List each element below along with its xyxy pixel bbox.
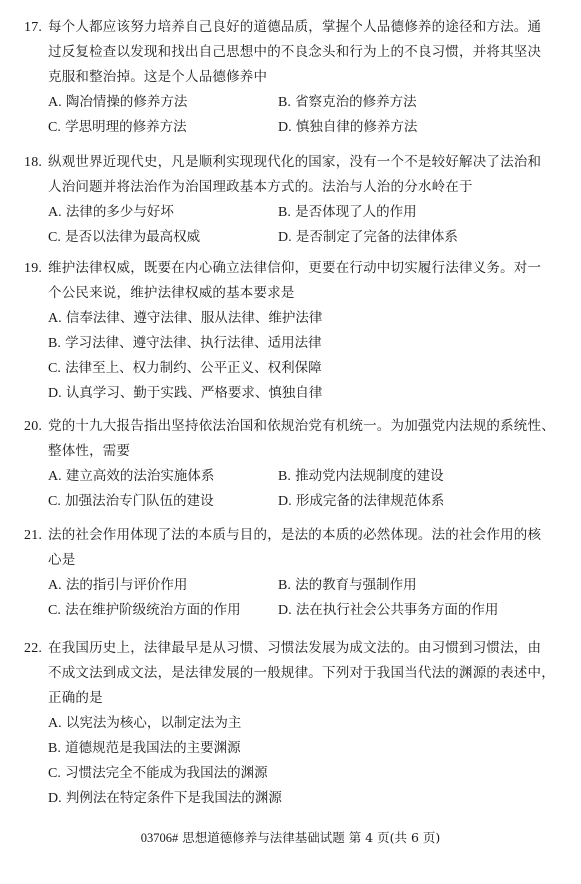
question-number: 18. [24,150,42,175]
question-stem-line: 维护法律权威，既要在内心确立法律信仰，更要在行动中切实履行法律义务。对一 [48,256,541,281]
options: A. 陶冶情操的修养方法 B. 省察克治的修养方法 C. 学思明理的修养方法 D… [48,90,554,140]
question-20: 20. 党的十九大报告指出坚持依法治国和依规治党有机统一。为加强党内法规的系统性… [24,414,554,514]
option-b: B. 学习法律、遵守法律、执行法律、适用法律 [48,331,322,356]
option-c: C. 习惯法完全不能成为我国法的渊源 [48,761,268,786]
question-stem-line: 人治问题并将法治作为治国理政基本方式的。法治与人治的分水岭在于 [24,175,554,200]
question-stem-line: 在我国历史上，法律最早是从习惯、习惯法发展为成文法的。由习惯到习惯法，由 [48,636,541,661]
exam-title: 思想道德修养与法律基础试题 [182,830,345,845]
options: A. 法的指引与评价作用 B. 法的教育与强制作用 C. 法在维护阶级统治方面的… [48,573,554,623]
option-d: D. 认真学习、勤于实践、严格要求、慎独自律 [48,381,322,406]
question-stem-line: 整体性，需要 [24,439,554,464]
question-stem-line: 党的十九大报告指出坚持依法治国和依规治党有机统一。为加强党内法规的系统性、 [48,414,555,439]
option-a: A. 法的指引与评价作用 [48,573,187,598]
option-d: D. 形成完备的法律规范体系 [278,489,444,514]
option-b: B. 推动党内法规制度的建设 [278,464,444,489]
options: A. 建立高效的法治实施体系 B. 推动党内法规制度的建设 C. 加强法治专门队… [48,464,554,514]
question-stem-line: 克服和整治掉。这是个人品德修养中 [24,65,554,90]
question-number: 19. [24,256,42,281]
option-a: A. 以宪法为核心，以制定法为主 [48,711,241,736]
option-b: B. 是否体现了人的作用 [278,200,417,225]
question-19: 19. 维护法律权威，既要在内心确立法律信仰，更要在行动中切实履行法律义务。对一… [24,256,554,406]
question-stem-line: 每个人都应该努力培养自己良好的道德品质，掌握个人品德修养的途径和方法。通 [48,15,541,40]
option-d: D. 法在执行社会公共事务方面的作用 [278,598,498,623]
page-number: 第 4 页(共 6 页) [349,830,441,845]
options: A. 法律的多少与好坏 B. 是否体现了人的作用 C. 是否以法律为最高权威 D… [48,200,554,250]
question-21: 21. 法的社会作用体现了法的本质与目的，是法的本质的必然体现。法的社会作用的核… [24,523,554,623]
option-c: C. 是否以法律为最高权威 [48,225,200,250]
option-c: C. 法在维护阶级统治方面的作用 [48,598,241,623]
question-stem-line: 个公民来说，维护法律权威的基本要求是 [24,281,554,306]
question-stem-line: 纵观世界近现代史，凡是顺利实现现代化的国家，没有一个不是较好解决了法治和 [48,150,541,175]
option-d: D. 是否制定了完备的法律体系 [278,225,458,250]
option-a: A. 信奉法律、遵守法律、服从法律、维护法律 [48,306,322,331]
question-18: 18. 纵观世界近现代史，凡是顺利实现现代化的国家，没有一个不是较好解决了法治和… [24,150,554,250]
question-stem-line: 心是 [24,548,554,573]
option-b: B. 省察克治的修养方法 [278,90,417,115]
question-number: 20. [24,414,42,439]
question-number: 22. [24,636,42,661]
question-stem-line: 正确的是 [24,686,554,711]
question-number: 21. [24,523,42,548]
options: A. 以宪法为核心，以制定法为主 B. 道德规范是我国法的主要渊源 C. 习惯法… [48,711,554,811]
option-b: B. 法的教育与强制作用 [278,573,417,598]
option-c: C. 法律至上、权力制约、公平正义、权利保障 [48,356,322,381]
option-d: D. 慎独自律的修养方法 [278,115,417,140]
option-c: C. 学思明理的修养方法 [48,115,187,140]
question-number: 17. [24,15,42,40]
question-17: 17. 每个人都应该努力培养自己良好的道德品质，掌握个人品德修养的途径和方法。通… [24,15,554,140]
exam-page: 17. 每个人都应该努力培养自己良好的道德品质，掌握个人品德修养的途径和方法。通… [0,0,581,884]
question-stem-line: 法的社会作用体现了法的本质与目的，是法的本质的必然体现。法的社会作用的核 [48,523,541,548]
question-22: 22. 在我国历史上，法律最早是从习惯、习惯法发展为成文法的。由习惯到习惯法，由… [24,636,554,811]
options: A. 信奉法律、遵守法律、服从法律、维护法律 B. 学习法律、遵守法律、执行法律… [48,306,554,406]
option-c: C. 加强法治专门队伍的建设 [48,489,214,514]
question-stem-line: 不成文法到成文法，是法律发展的一般规律。下列对于我国当代法的渊源的表述中， [24,661,554,686]
option-b: B. 道德规范是我国法的主要渊源 [48,736,241,761]
option-a: A. 建立高效的法治实施体系 [48,464,214,489]
option-a: A. 陶冶情操的修养方法 [48,90,187,115]
exam-code: 03706# [141,831,179,845]
page-footer: 03706# 思想道德修养与法律基础试题 第 4 页(共 6 页) [0,828,581,848]
question-stem-line: 过反复检查以发现和找出自己思想中的不良念头和行为上的不良习惯，并将其坚决 [24,40,554,65]
option-a: A. 法律的多少与好坏 [48,200,174,225]
option-d: D. 判例法在特定条件下是我国法的渊源 [48,786,282,811]
